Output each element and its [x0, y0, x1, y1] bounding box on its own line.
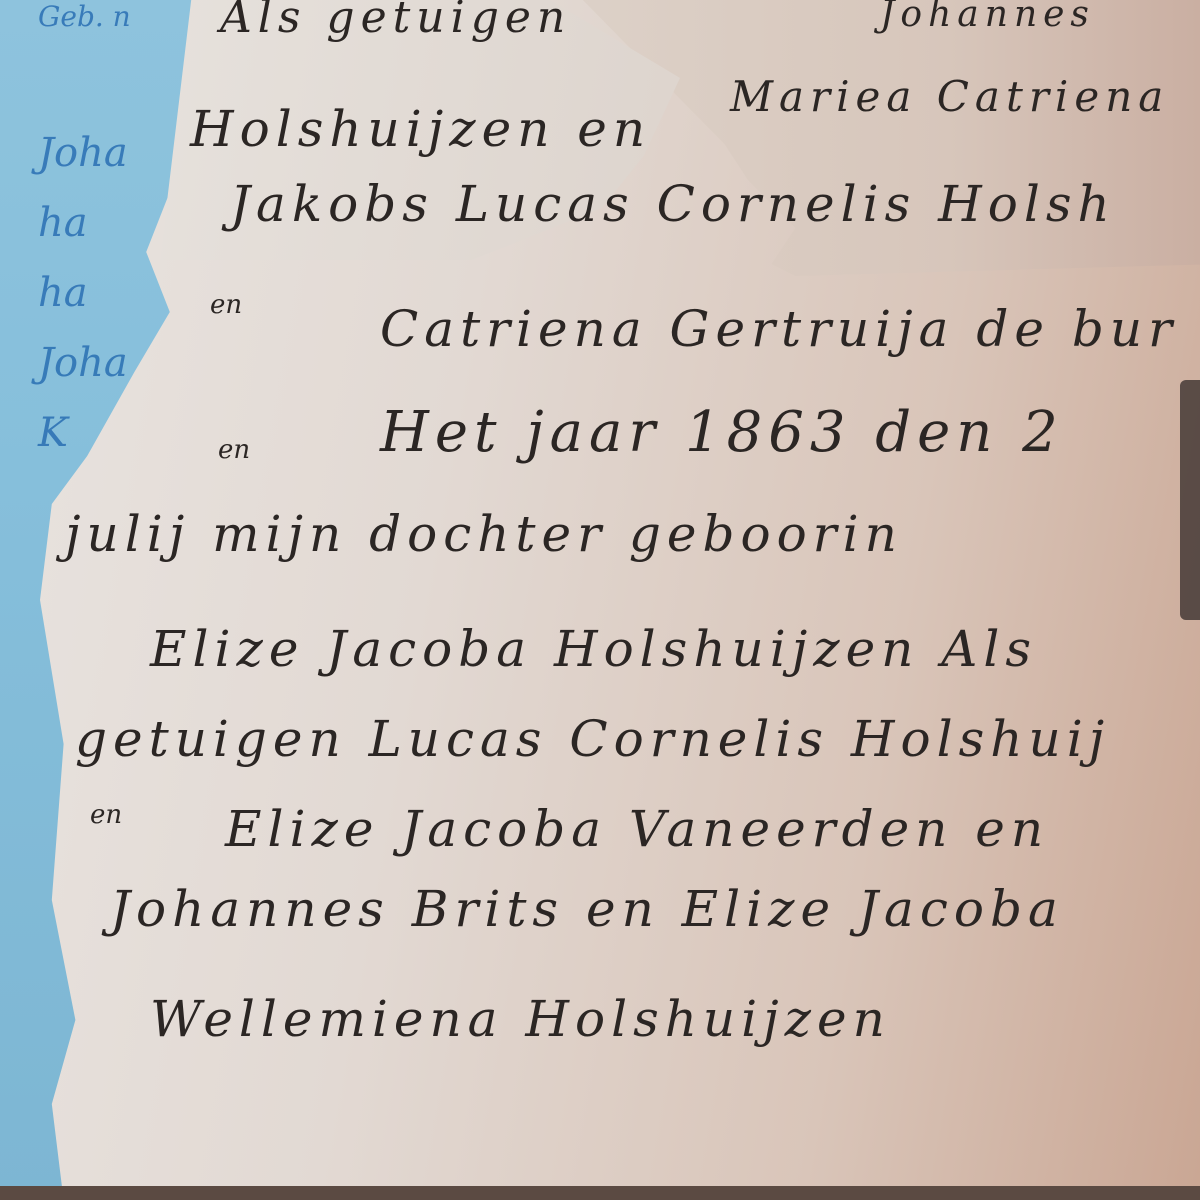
- handwritten-line: Johannes: [880, 0, 1095, 35]
- handwritten-line: Als getuigen: [220, 0, 571, 43]
- blue-ink-line: ha: [38, 200, 88, 246]
- handwritten-line: julij mijn dochter geboorin: [65, 505, 903, 563]
- handwritten-line: Mariea Catriena: [730, 72, 1169, 121]
- handwritten-line: Wellemiena Holshuijzen: [150, 990, 891, 1048]
- blue-ink-line: Geb. n: [38, 0, 131, 33]
- handwritten-line: Elize Jacoba Holshuijzen Als: [150, 620, 1037, 678]
- binding-shadow: [1180, 380, 1200, 620]
- blue-ink-line: ha: [38, 270, 88, 316]
- margin-note: en: [218, 435, 250, 465]
- handwritten-line: Het jaar 1863 den 2: [380, 400, 1064, 465]
- blue-ink-line: Joha: [38, 340, 128, 386]
- margin-note: en: [90, 800, 122, 830]
- handwritten-line: Catriena Gertruija de bur: [380, 300, 1178, 358]
- handwritten-line: Elize Jacoba Vaneerden en: [225, 800, 1049, 858]
- handwritten-line: Jakobs Lucas Cornelis Holsh: [230, 175, 1116, 233]
- blue-ink-line: K: [38, 410, 68, 456]
- margin-note: en: [210, 290, 242, 320]
- blue-ink-line: Joha: [38, 130, 128, 176]
- handwritten-line: Holshuijzen en: [190, 100, 651, 158]
- bottom-edge: [0, 1186, 1200, 1200]
- handwritten-line: getuigen Lucas Cornelis Holshuij: [75, 710, 1110, 768]
- handwritten-line: Johannes Brits en Elize Jacoba: [110, 880, 1064, 938]
